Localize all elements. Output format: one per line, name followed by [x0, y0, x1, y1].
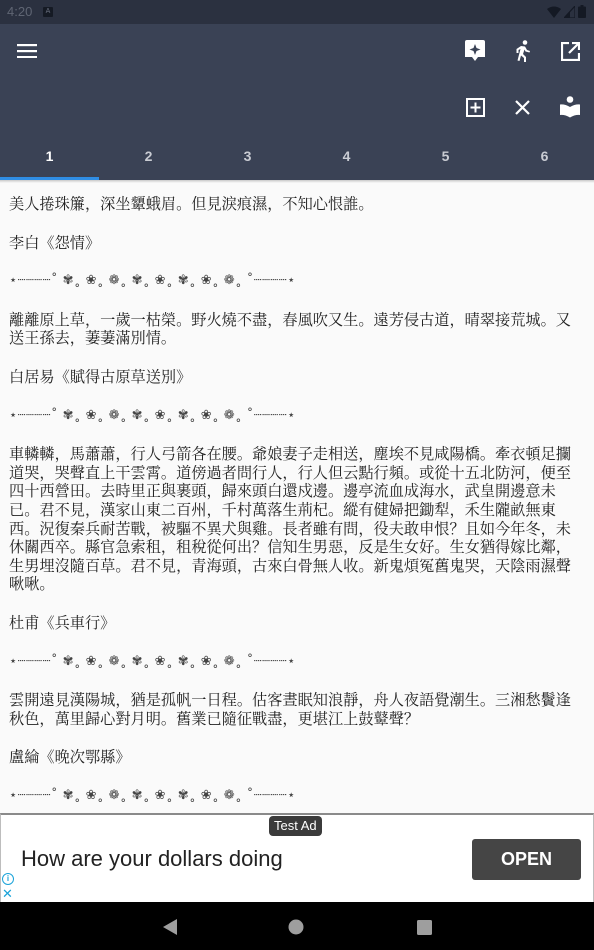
- tab-6[interactable]: 6: [495, 132, 594, 180]
- menu-icon: [17, 44, 37, 58]
- tab-label: 3: [244, 148, 252, 164]
- poem-attribution: 李白《怨情》: [9, 234, 585, 253]
- ad-info-icon[interactable]: i: [2, 873, 14, 885]
- test-ad-badge: Test Ad: [269, 816, 322, 836]
- tab-label: 6: [541, 148, 549, 164]
- battery-icon: [578, 5, 586, 18]
- tab-1[interactable]: 1: [0, 132, 99, 180]
- poem-attribution: 杜甫《兵車行》: [9, 614, 585, 633]
- tab-label: 2: [145, 148, 153, 164]
- home-icon: [288, 919, 304, 935]
- poem-text: 美人捲珠簾，深坐顰蛾眉。但見淚痕濕，不知心恨誰。: [9, 195, 585, 214]
- run-button[interactable]: [504, 33, 540, 69]
- add-box-button[interactable]: [457, 89, 493, 125]
- recents-button[interactable]: [409, 912, 439, 942]
- poem-attribution: 白居易《賦得古原草送別》: [9, 368, 585, 387]
- open-external-icon: [561, 42, 580, 61]
- ornament-divider: ⋆┈┈┈┈˚ ✾˳ ❀˳ ❁˳ ✾˳ ❀˳ ✾˳ ❀˳ ❁˳ ˚┈┈┈┈⋆: [9, 653, 585, 672]
- status-time: 4:20: [7, 4, 32, 19]
- tab-4[interactable]: 4: [297, 132, 396, 180]
- poem-attribution: 盧綸《晚次鄂縣》: [9, 748, 585, 767]
- wifi-icon: [547, 6, 561, 18]
- add-box-icon: [466, 98, 485, 117]
- home-button[interactable]: [281, 912, 311, 942]
- poem-content[interactable]: 美人捲珠簾，深坐顰蛾眉。但見淚痕濕，不知心恨誰。 李白《怨情》 ⋆┈┈┈┈˚ ✾…: [0, 183, 594, 813]
- ornament-divider: ⋆┈┈┈┈˚ ✾˳ ❀˳ ❁˳ ✾˳ ❀˳ ✾˳ ❀˳ ❁˳ ˚┈┈┈┈⋆: [9, 787, 585, 806]
- tab-label: 4: [343, 148, 351, 164]
- tab-3[interactable]: 3: [198, 132, 297, 180]
- page-tabs: 1 2 3 4 5 6: [0, 132, 594, 180]
- poem-text: 雲開遠見漢陽城，猶是孤帆一日程。估客晝眠知浪靜，舟人夜語覺潮生。三湘愁鬢逢秋色，…: [9, 691, 585, 728]
- ornament-divider: ⋆┈┈┈┈˚ ✾˳ ❀˳ ❁˳ ✾˳ ❀˳ ✾˳ ❀˳ ❁˳ ˚┈┈┈┈⋆: [9, 407, 585, 426]
- reader-button[interactable]: [552, 89, 588, 125]
- poem-text: 車轔轔，馬蕭蕭，行人弓箭各在腰。爺娘妻子走相送，塵埃不見咸陽橋。牽衣頓足攔道哭，…: [9, 445, 585, 594]
- tab-label: 1: [46, 148, 54, 164]
- add-bookmark-icon: [465, 40, 485, 62]
- poem-text: 離離原上草，一歲一枯榮。野火燒不盡，春風吹又生。遠芳侵古道，晴翠接荒城。又送王孫…: [9, 311, 585, 348]
- status-icons: [547, 5, 586, 18]
- signal-icon: [564, 6, 575, 18]
- ad-close-icon[interactable]: ✕: [2, 887, 13, 901]
- menu-button[interactable]: [9, 33, 45, 69]
- ad-headline[interactable]: How are your dollars doing: [21, 846, 283, 872]
- a-icon: A: [43, 7, 53, 17]
- close-button[interactable]: [504, 89, 540, 125]
- back-icon: [163, 919, 177, 935]
- tab-5[interactable]: 5: [396, 132, 495, 180]
- add-bookmark-button[interactable]: [457, 33, 493, 69]
- ad-open-button[interactable]: OPEN: [472, 839, 581, 880]
- ad-banner[interactable]: Test Ad How are your dollars doing OPEN …: [0, 813, 594, 902]
- back-button[interactable]: [155, 912, 185, 942]
- recents-icon: [417, 920, 432, 935]
- status-bar: 4:20 A: [0, 0, 594, 24]
- open-external-button[interactable]: [552, 33, 588, 69]
- system-nav-bar: [0, 902, 594, 950]
- run-icon: [513, 40, 531, 62]
- tab-label: 5: [442, 148, 450, 164]
- tab-2[interactable]: 2: [99, 132, 198, 180]
- close-icon: [515, 100, 530, 115]
- ornament-divider: ⋆┈┈┈┈˚ ✾˳ ❀˳ ❁˳ ✾˳ ❀˳ ✾˳ ❀˳ ❁˳ ˚┈┈┈┈⋆: [9, 272, 585, 291]
- app-bar: 1 2 3 4 5 6: [0, 24, 594, 180]
- reader-icon: [560, 96, 580, 118]
